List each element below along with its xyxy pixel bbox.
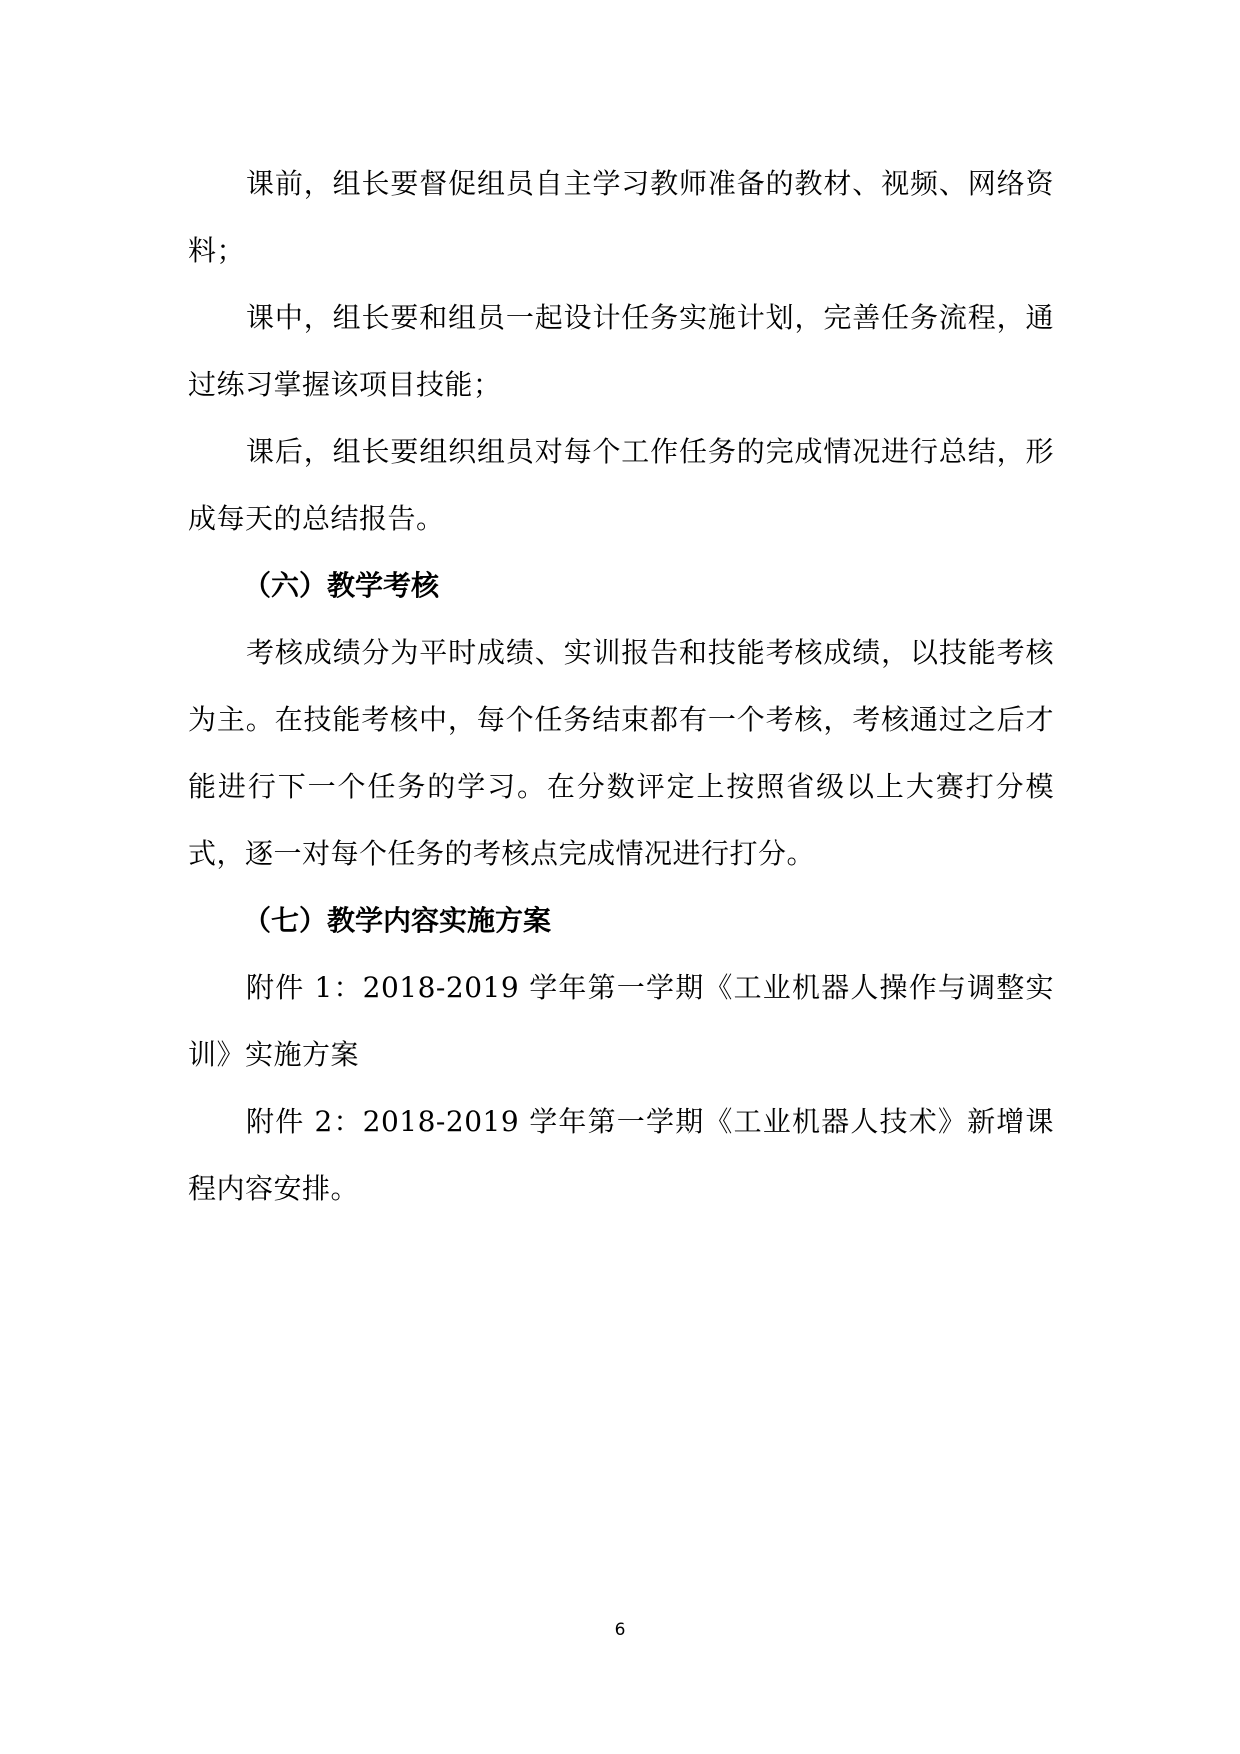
page-body: 课前，组长要督促组员自主学习教师准备的教材、视频、网络资料； 课中，组长要和组员… [188,150,1054,1222]
attachment-1: 附件 1：2018-2019 学年第一学期《工业机器人操作与调整实训》实施方案 [188,954,1054,1088]
section-heading-implementation-plan: （七）教学内容实施方案 [188,887,1054,954]
document-page: 课前，组长要督促组员自主学习教师准备的教材、视频、网络资料； 课中，组长要和组员… [0,0,1240,1754]
paragraph-before-class: 课前，组长要督促组员自主学习教师准备的教材、视频、网络资料； [188,150,1054,284]
section-heading-assessment: （六）教学考核 [188,552,1054,619]
page-number: 6 [0,1620,1240,1640]
paragraph-during-class: 课中，组长要和组员一起设计任务实施计划，完善任务流程，通过练习掌握该项目技能； [188,284,1054,418]
attachment-2: 附件 2：2018-2019 学年第一学期《工业机器人技术》新增课程内容安排。 [188,1088,1054,1222]
paragraph-after-class: 课后，组长要组织组员对每个工作任务的完成情况进行总结，形成每天的总结报告。 [188,418,1054,552]
paragraph-assessment: 考核成绩分为平时成绩、实训报告和技能考核成绩，以技能考核为主。在技能考核中，每个… [188,619,1054,887]
